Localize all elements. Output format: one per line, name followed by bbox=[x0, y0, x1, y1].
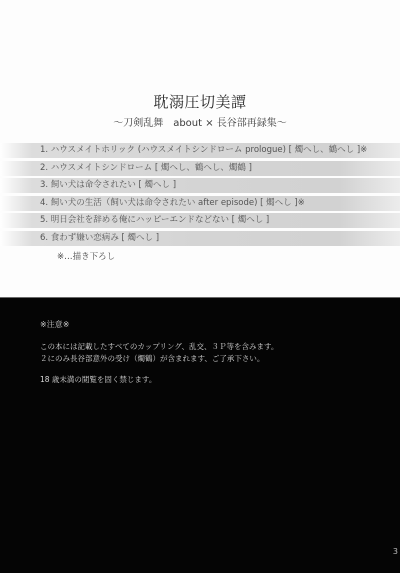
contents-section: 耽溺圧切美譚 〜刀剣乱舞 about × 長谷部再録集〜 1. ハウスメイトホリ… bbox=[0, 0, 400, 297]
toc-item: 2. ハウスメイトシンドローム [ 燭へし、鶴へし、燭鶴 ] bbox=[0, 161, 400, 176]
caution-line: ２にのみ長谷部意外の受け（燭鶴）が含まれます、ご了承下さい。 bbox=[40, 353, 264, 364]
caution-heading: ※注意※ bbox=[40, 319, 69, 330]
toc-item: 4. 飼い犬の生活（飼い犬は命令されたい after episode) [ 燭へ… bbox=[0, 196, 400, 211]
table-of-contents: 1. ハウスメイトホリック (ハウスメイトシンドローム prologue) [ … bbox=[0, 143, 400, 249]
toc-item: 1. ハウスメイトホリック (ハウスメイトシンドローム prologue) [ … bbox=[0, 143, 400, 158]
caution-line: この本には記載したすべてのカップリング、乱交、３Ｐ等を含みます。 bbox=[40, 341, 278, 352]
toc-item-label: 2. ハウスメイトシンドローム [ 燭へし、鶴へし、燭鶴 ] bbox=[40, 162, 252, 175]
toc-item-label: 4. 飼い犬の生活（飼い犬は命令されたい after episode) [ 燭へ… bbox=[40, 197, 305, 210]
book-page: 耽溺圧切美譚 〜刀剣乱舞 about × 長谷部再録集〜 1. ハウスメイトホリ… bbox=[0, 0, 400, 573]
new-drawing-note: ※…描き下ろし bbox=[57, 250, 115, 262]
toc-item-label: 6. 食わず嫌い恋病み [ 燭へし ] bbox=[40, 232, 159, 245]
toc-item-label: 1. ハウスメイトホリック (ハウスメイトシンドローム prologue) [ … bbox=[40, 144, 367, 157]
toc-item: 3. 飼い犬は命令されたい [ 燭へし ] bbox=[0, 178, 400, 193]
toc-item-label: 3. 飼い犬は命令されたい [ 燭へし ] bbox=[40, 179, 176, 192]
toc-item: 5. 明日会社を辞める俺にハッピーエンドなどない [ 燭へし ] bbox=[0, 213, 400, 228]
caution-line: 18 歳未満の閲覧を固く禁じます。 bbox=[40, 374, 156, 385]
book-title: 耽溺圧切美譚 bbox=[0, 91, 400, 112]
page-number: 3 bbox=[393, 547, 398, 556]
book-subtitle: 〜刀剣乱舞 about × 長谷部再録集〜 bbox=[0, 114, 400, 129]
toc-item: 6. 食わず嫌い恋病み [ 燭へし ] bbox=[0, 231, 400, 246]
toc-item-label: 5. 明日会社を辞める俺にハッピーエンドなどない [ 燭へし ] bbox=[40, 214, 269, 227]
caution-section: ※注意※ この本には記載したすべてのカップリング、乱交、３Ｐ等を含みます。 ２に… bbox=[0, 297, 400, 573]
